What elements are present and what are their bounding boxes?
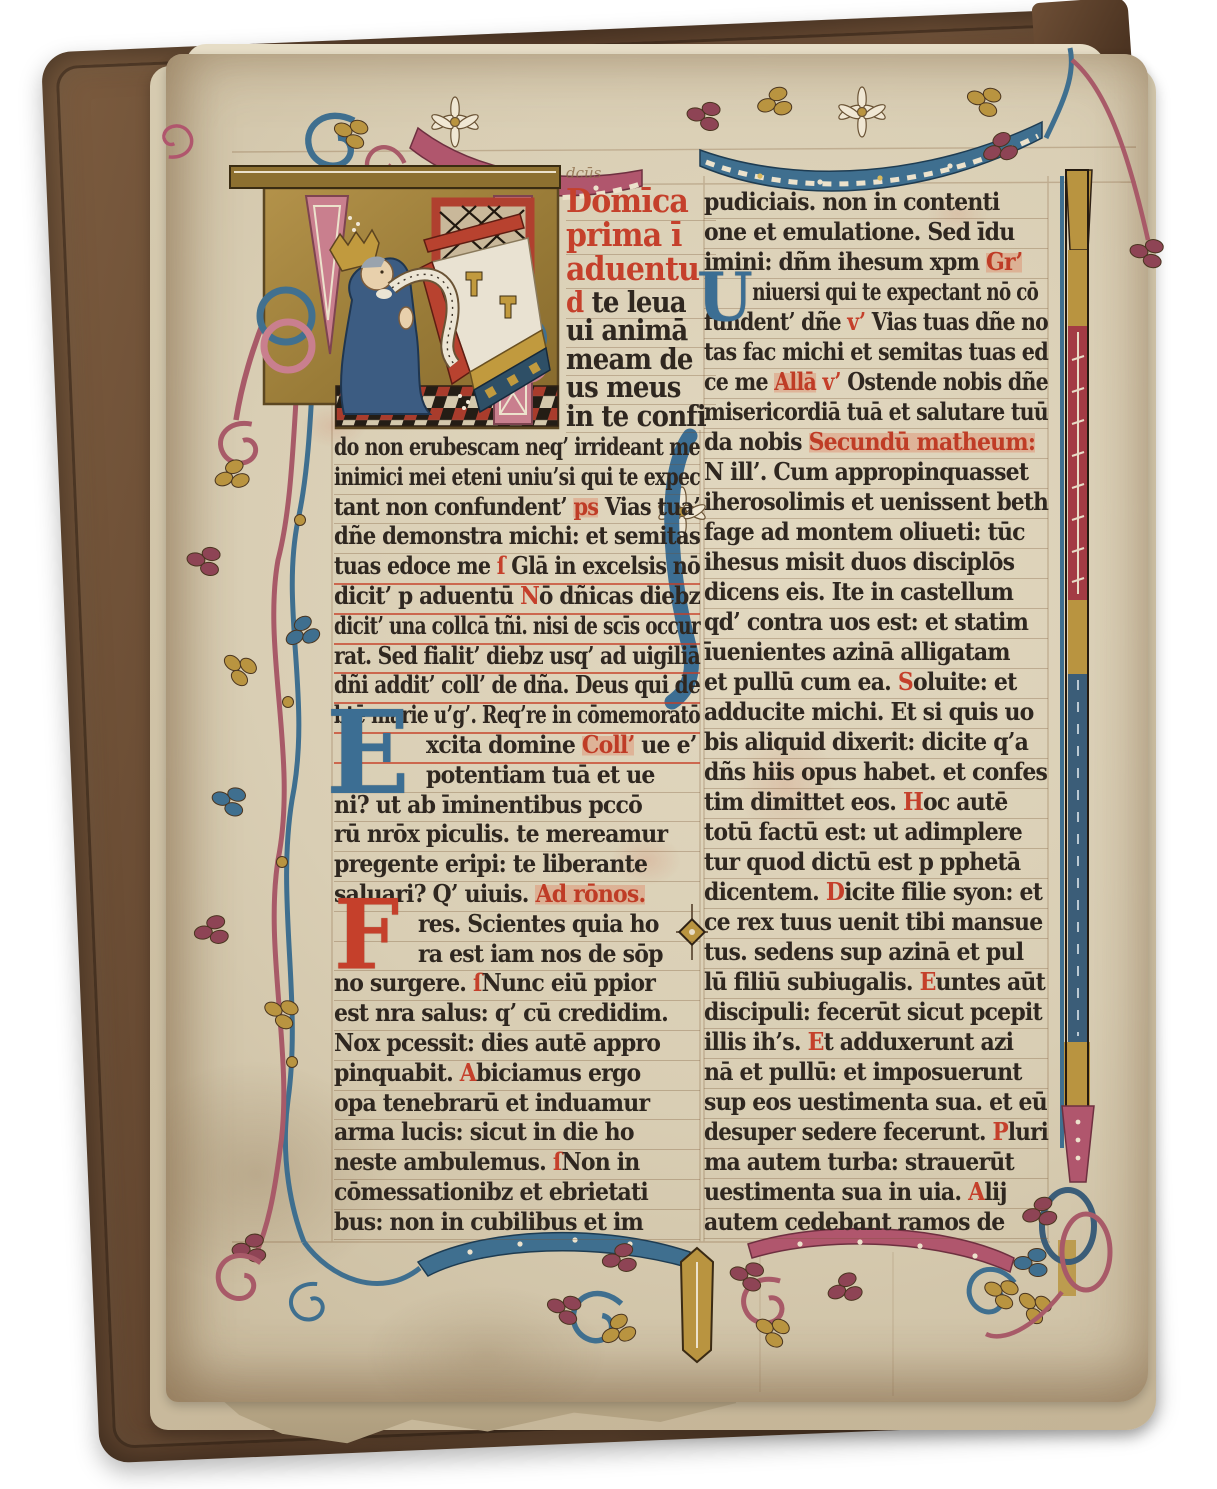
text-segment: t adduxerunt azi	[824, 1028, 1014, 1057]
text-segment: bus: non in cubilibus et im	[334, 1208, 643, 1237]
text-segment: v’	[847, 308, 865, 337]
text-line: tas fac michi et semitas tuas ed	[704, 338, 1048, 369]
text-segment: Nunc eiū ppior	[482, 969, 655, 998]
text-segment: tas fac michi et semitas tuas ed	[704, 338, 1048, 367]
text-segment: tant non confundent’	[334, 492, 573, 521]
text-segment: v’	[816, 368, 841, 397]
text-segment: ce me	[704, 368, 774, 397]
text-line: da nobis Secundū matheum:	[704, 428, 1048, 459]
text-segment: Glā in excelsis nō	[505, 552, 700, 581]
illuminated-dropcap-u: U	[697, 272, 753, 324]
text-segment: do non erubescam neq’ irrideant me	[334, 433, 700, 462]
text-segment: Ostende nobis dñe	[841, 368, 1048, 397]
text-segment: dñs hiis opus habet. et confes	[704, 758, 1047, 787]
illuminated-dropcap-e: E	[326, 708, 410, 798]
text-segment: ma autem turba: strauerūt	[704, 1148, 1014, 1177]
text-segment: E	[808, 1028, 824, 1057]
text-segment: lū filiū subiugalis.	[704, 968, 920, 997]
text-segment: sup eos uestimenta sua. et eū	[704, 1088, 1047, 1117]
text-segment: N	[520, 582, 539, 611]
text-segment: illis ih’s.	[704, 1028, 808, 1057]
text-segment: potentiam tuā et ue	[426, 761, 655, 790]
text-line: inimici mei eteni uniu’si qui te expec	[334, 464, 700, 495]
text-line: fage ad montem oliueti: tūc	[704, 518, 1048, 549]
text-segment: Non in	[562, 1148, 640, 1177]
text-line: tim dimittet eos. Hoc autē	[704, 788, 1048, 819]
text-segment: Secundū matheum:	[809, 428, 1036, 457]
text-line: lū filiū subiugalis. Euntes aūt	[704, 968, 1048, 999]
text-line: illis ih’s. Et adduxerunt azi	[704, 1028, 1048, 1059]
text-line: uestimenta sua in uia. Alij	[704, 1178, 1048, 1209]
text-segment: dicens eis. Ite in castellum	[704, 578, 1013, 607]
text-segment: misericordiā tuā et salutare tuū	[704, 398, 1048, 427]
text-line: ma autem turba: strauerūt	[704, 1148, 1048, 1179]
text-segment: arma lucis: sicut in die ho	[334, 1118, 634, 1147]
text-segment: Nox pcessit: dies autē appro	[334, 1029, 660, 1058]
text-segment: biciamus ergo	[476, 1059, 640, 1088]
text-segment: rū nrōx piculis. te mereamur	[334, 820, 667, 849]
text-line: dicentem. Dicite filie syon: et	[704, 878, 1048, 909]
text-segment: iherosolimis et uenissent beth	[704, 488, 1048, 517]
text-segment: ſ	[553, 1148, 562, 1177]
text-segment: ue e’	[634, 731, 696, 760]
text-segment: S	[898, 668, 913, 697]
text-segment: luri	[1008, 1118, 1048, 1147]
text-segment: H	[903, 788, 923, 817]
text-segment: inimici mei eteni uniu’si qui te expec	[334, 463, 700, 492]
text-segment: adducite michi. Et si quis uo	[704, 698, 1034, 727]
text-line: in te confi	[566, 404, 716, 433]
text-line: cōmessationibz et ebrietati	[334, 1179, 700, 1210]
text-segment: uestimenta sua in uia.	[704, 1178, 968, 1207]
text-line: pinquabit. Abiciamus ergo	[334, 1060, 700, 1091]
manuscript-photo: dcūs Domīcaprima īaduentu d te leuaui an…	[0, 0, 1217, 1489]
text-segment: desuper sedere fecerunt.	[704, 1118, 992, 1147]
text-line: est nra salus: q’ cū credidim.	[334, 1000, 700, 1031]
text-segment: et pullū cum ea.	[704, 668, 898, 697]
text-segment: Domīca	[566, 182, 688, 221]
marginal-annotation: dcūs	[566, 164, 601, 182]
text-line: dicens eis. Ite in castellum	[704, 578, 1048, 609]
text-segment: one et emulatione. Sed īdu	[704, 218, 1014, 247]
text-segment: prima ī	[566, 216, 682, 255]
text-segment: niuersi qui te expectant nō cō	[752, 278, 1038, 307]
text-line: discipuli: fecerūt sicut pcepit	[704, 998, 1048, 1029]
text-segment: res. Scientes quia ho	[418, 910, 659, 939]
text-line: dñe demonstra michi: et semitas	[334, 523, 700, 554]
text-segment: cōmessationibz et ebrietati	[334, 1178, 648, 1207]
text-segment: A	[968, 1178, 984, 1207]
text-segment: Coll’	[582, 731, 635, 760]
text-segment: A	[460, 1059, 476, 1088]
text-line: do non erubescam neq’ irrideant me	[334, 434, 700, 465]
text-segment: xcita domine	[426, 731, 582, 760]
text-segment: est nra salus: q’ cū credidim.	[334, 999, 668, 1028]
text-segment: dicentem.	[704, 878, 826, 907]
text-segment: oluite: et	[913, 668, 1016, 697]
text-segment: qd’ contra uos est: et statim	[704, 608, 1028, 637]
text-line: imini: dñm ihesum xpm Gr’	[704, 248, 1048, 279]
text-line: iherosolimis et uenissent beth	[704, 488, 1048, 519]
text-segment: pregente eripi: te liberante	[334, 850, 647, 879]
text-line: one et emulatione. Sed īdu	[704, 218, 1048, 249]
text-segment: in te confi	[566, 400, 706, 433]
text-segment: neste ambulemus.	[334, 1148, 553, 1177]
text-segment: bis aliquid dixerit: dicite q’a	[704, 728, 1028, 757]
text-segment: P	[992, 1118, 1007, 1147]
text-segment: ō dñicas diebz	[539, 582, 700, 611]
text-segment: dicit’ una collcā tñi. nisi de scīs occu…	[334, 612, 700, 641]
text-segment: opa tenebrarū et induamur	[334, 1088, 649, 1117]
text-segment: ce rex tuus uenit tibi mansue	[704, 908, 1042, 937]
text-line: ce rex tuus uenit tibi mansue	[704, 908, 1048, 939]
text-segment: ſ	[473, 969, 482, 998]
text-segment: dñe demonstra michi: et semitas	[334, 522, 700, 551]
text-line: bis aliquid dixerit: dicite q’a	[704, 728, 1048, 759]
text-segment: ra est iam nos de sōp	[418, 939, 663, 968]
illuminated-dropcap-f: F	[334, 898, 399, 973]
text-segment: ihesus misit duos disciplōs	[704, 548, 1014, 577]
text-line: adducite michi. Et si quis uo	[704, 698, 1048, 729]
text-line: ihesus misit duos disciplōs	[704, 548, 1048, 579]
text-line: totū factū est: ut adimplere	[704, 818, 1048, 849]
text-line: tur quod dictū est p pphetā	[704, 848, 1048, 879]
text-line: īuenientes azinā alligatam	[704, 638, 1048, 669]
text-segment: discipuli: fecerūt sicut pcepit	[704, 998, 1042, 1027]
text-segment: īuenientes azinā alligatam	[704, 638, 1010, 667]
text-segment: E	[920, 968, 936, 997]
text-segment: nā et pullū: et imposuerunt	[704, 1058, 1022, 1087]
text-segment: tim dimittet eos.	[704, 788, 903, 817]
text-segment: Gr’	[986, 248, 1022, 277]
text-segment: icite filie syon: et	[844, 878, 1042, 907]
text-line: fundent’ dñe v’ Vias tuas dñe no	[704, 308, 1048, 339]
text-segment: autem cedebant ramos de	[704, 1208, 1004, 1237]
text-segment: pudiciais. non in contenti	[704, 188, 999, 217]
text-segment: Ad rōnos.	[535, 880, 645, 909]
text-line: autem cedebant ramos de	[704, 1208, 1048, 1239]
text-segment: totū factū est: ut adimplere	[704, 818, 1022, 847]
text-line: N ill’. Cum appropinquasset	[704, 458, 1048, 489]
text-line: dñs hiis opus habet. et confes	[704, 758, 1048, 789]
text-line: tus. sedens sup azinā et pul	[704, 938, 1048, 969]
text-segment: da nobis	[704, 428, 809, 457]
text-segment: pinquabit.	[334, 1059, 460, 1088]
text-line: qd’ contra uos est: et statim	[704, 608, 1048, 639]
text-segment: fage ad montem oliueti: tūc	[704, 518, 1025, 547]
text-line: desuper sedere fecerunt. Pluri	[704, 1118, 1048, 1149]
text-line: bus: non in cubilibus et im	[334, 1209, 700, 1240]
text-line: niuersi qui te expectant nō cō	[704, 278, 1048, 309]
text-segment: lij	[984, 1178, 1006, 1207]
text-segment: ps	[573, 492, 598, 521]
text-line: neste ambulemus. ſNon in	[334, 1149, 700, 1180]
text-line: Nox pcessit: dies autē appro	[334, 1030, 700, 1061]
text-segment: tuas edoce me	[334, 552, 497, 581]
text-segment: aduentu	[566, 250, 699, 289]
text-line: rū nrōx piculis. te mereamur	[334, 821, 700, 852]
text-line: aduentu	[566, 254, 716, 289]
text-segment: untes aūt	[936, 968, 1045, 997]
text-segment: Allā	[774, 368, 816, 397]
text-segment: Vias tua’	[598, 492, 700, 521]
text-line: et pullū cum ea. Soluite: et	[704, 668, 1048, 699]
text-segment: rat. Sed fialit’ diebz usq’ ad uigiliā	[334, 641, 700, 670]
text-segment: N ill’. Cum appropinquasset	[704, 458, 1028, 487]
text-segment: D	[826, 878, 844, 907]
text-line: nā et pullū: et imposuerunt	[704, 1058, 1048, 1089]
text-segment: ſ	[497, 552, 505, 581]
text-segment: tur quod dictū est p pphetā	[704, 848, 1020, 877]
text-segment: tus. sedens sup azinā et pul	[704, 938, 1023, 967]
text-line: arma lucis: sicut in die ho	[334, 1119, 700, 1150]
text-segment: Vias tuas dñe no	[865, 308, 1048, 337]
text-segment: dicit’ p aduentū	[334, 582, 520, 611]
text-line: ce me Allā v’ Ostende nobis dñe	[704, 368, 1048, 399]
text-segment: oc autē	[923, 788, 1008, 817]
text-line: misericordiā tuā et salutare tuū	[704, 398, 1048, 429]
text-line: pudiciais. non in contenti	[704, 188, 1048, 219]
text-line: sup eos uestimenta sua. et eū	[704, 1088, 1048, 1119]
